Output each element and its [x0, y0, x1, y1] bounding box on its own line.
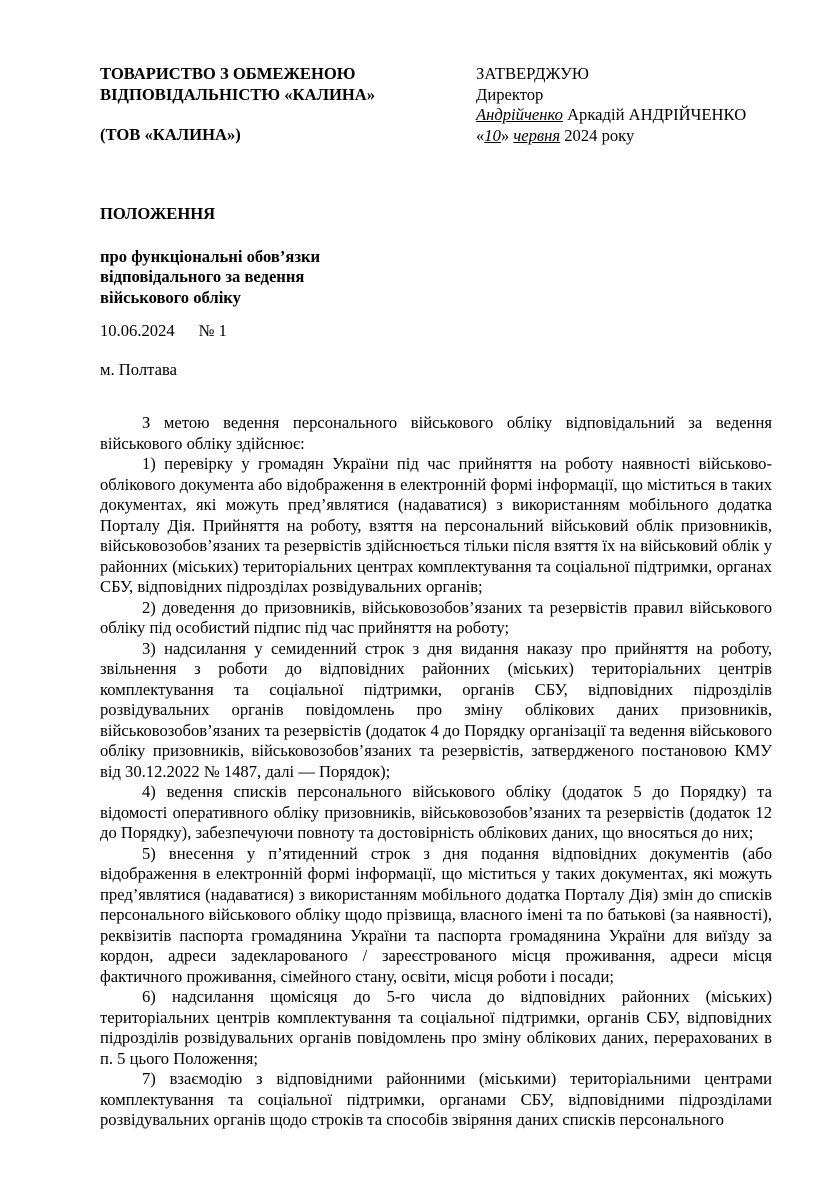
document-subtitle: про функціональні обов’язки відповідальн…: [100, 247, 772, 309]
subtitle-line2: відповідального за ведення: [100, 267, 772, 288]
date-quote-close: »: [501, 126, 509, 145]
document-page: ТОВАРИСТВО З ОБМЕЖЕНОЮ ВІДПОВІДАЛЬНІСТЮ …: [0, 0, 840, 1188]
approval-date-line: «10» червня 2024 року: [476, 126, 772, 147]
paragraph-item-6: 6) надсилання щомісяця до 5-го числа до …: [100, 987, 772, 1069]
document-title: ПОЛОЖЕННЯ: [100, 204, 772, 225]
date-month: червня: [513, 126, 560, 145]
approval-block: ЗАТВЕРДЖУЮ Директор Андрійченко Аркадій …: [476, 64, 772, 146]
approver-full-name: Аркадій АНДРІЙЧЕНКО: [567, 105, 746, 124]
company-short-name: (ТОВ «КАЛИНА»): [100, 125, 475, 146]
subtitle-line1: про функціональні обов’язки: [100, 247, 772, 268]
document-dateline: 10.06.2024№ 1: [100, 321, 772, 342]
document-date: 10.06.2024: [100, 321, 175, 340]
document-body: З метою ведення персонального військовог…: [100, 413, 772, 1131]
approval-label: ЗАТВЕРДЖУЮ: [476, 64, 772, 85]
document-header: ТОВАРИСТВО З ОБМЕЖЕНОЮ ВІДПОВІДАЛЬНІСТЮ …: [100, 64, 772, 146]
paragraph-item-4: 4) ведення списків персонального військо…: [100, 782, 772, 844]
paragraph-item-7: 7) взаємодію з відповідними районними (м…: [100, 1069, 772, 1131]
company-name-line2: ВІДПОВІДАЛЬНІСТЮ «КАЛИНА»: [100, 85, 475, 106]
company-name-line1: ТОВАРИСТВО З ОБМЕЖЕНОЮ: [100, 64, 475, 85]
company-block: ТОВАРИСТВО З ОБМЕЖЕНОЮ ВІДПОВІДАЛЬНІСТЮ …: [100, 64, 475, 146]
paragraph-item-3: 3) надсилання у семиденний строк з дня в…: [100, 639, 772, 783]
paragraph-intro: З метою ведення персонального військовог…: [100, 413, 772, 454]
subtitle-line3: військового обліку: [100, 288, 772, 309]
paragraph-item-5: 5) внесення у п’ятиденний строк з дня по…: [100, 844, 772, 988]
date-day: 10: [484, 126, 501, 145]
approval-position: Директор: [476, 85, 772, 106]
document-city: м. Полтава: [100, 360, 772, 381]
approval-signature-line: Андрійченко Аркадій АНДРІЙЧЕНКО: [476, 105, 772, 126]
date-year: 2024 року: [564, 126, 634, 145]
paragraph-item-2: 2) доведення до призовників, військовозо…: [100, 598, 772, 639]
signature-facsimile: Андрійченко: [476, 105, 563, 124]
paragraph-item-1: 1) перевірку у громадян України під час …: [100, 454, 772, 598]
document-number: № 1: [199, 321, 227, 340]
